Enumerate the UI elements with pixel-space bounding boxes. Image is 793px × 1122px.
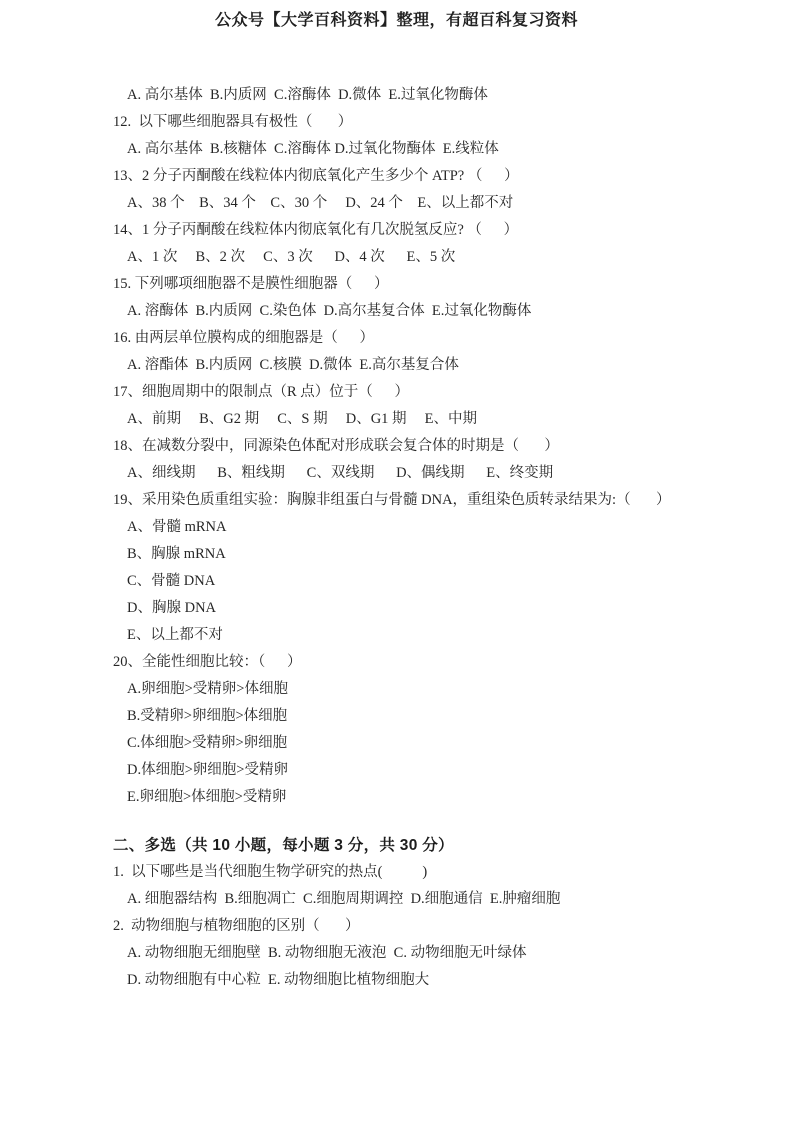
option-line: A、1 次 B、2 次 C、3 次 D、4 次 E、5 次: [113, 244, 753, 271]
document-lines: A. 高尔基体 B.内质网 C.溶酶体 D.微体 E.过氧化物酶体12. 以下哪…: [0, 82, 793, 994]
question-line: 2. 动物细胞与植物细胞的区别（ ）: [113, 913, 753, 940]
option-line: B.受精卵>卵细胞>体细胞: [113, 703, 753, 730]
option-line: A. 细胞器结构 B.细胞凋亡 C.细胞周期调控 D.细胞通信 E.肿瘤细胞: [113, 886, 753, 913]
option-line: B、胸腺 mRNA: [113, 541, 753, 568]
option-line: D.体细胞>卵细胞>受精卵: [113, 757, 753, 784]
question-line: 1. 以下哪些是当代细胞生物学研究的热点( ): [113, 859, 753, 886]
option-line: A. 动物细胞无细胞壁 B. 动物细胞无液泡 C. 动物细胞无叶绿体: [113, 940, 753, 967]
question-line: 19、采用染色质重组实验：胸腺非组蛋白与骨髓 DNA，重组染色质转录结果为:（ …: [113, 487, 753, 514]
question-line: 17、细胞周期中的限制点（R 点）位于（ ）: [113, 379, 753, 406]
option-line: A. 溶酶体 B.内质网 C.染色体 D.高尔基复合体 E.过氧化物酶体: [113, 298, 753, 325]
question-line: 12. 以下哪些细胞器具有极性（ ）: [113, 109, 753, 136]
option-line: E.卵细胞>体细胞>受精卵: [113, 784, 753, 811]
question-line: 18、在减数分裂中，同源染色体配对形成联会复合体的时期是（ ）: [113, 433, 753, 460]
question-line: 14、1 分子丙酮酸在线粒体内彻底氧化有几次脱氢反应? （ ）: [113, 217, 753, 244]
question-line: 20、全能性细胞比较：（ ）: [113, 649, 753, 676]
option-line: A、38 个 B、34 个 C、30 个 D、24 个 E、以上都不对: [113, 190, 753, 217]
option-line: A. 高尔基体 B.核糖体 C.溶酶体 D.过氧化物酶体 E.线粒体: [113, 136, 753, 163]
option-line: A. 高尔基体 B.内质网 C.溶酶体 D.微体 E.过氧化物酶体: [113, 82, 753, 109]
option-line: A. 溶酯体 B.内质网 C.核膜 D.微体 E.高尔基复合体: [113, 352, 753, 379]
section-heading: 二、多选（共 10 小题，每小题 3 分，共 30 分）: [113, 832, 753, 859]
option-line: D. 动物细胞有中心粒 E. 动物细胞比植物细胞大: [113, 967, 753, 994]
page-header: 公众号【大学百科资料】整理，有超百科复习资料: [0, 0, 793, 32]
option-line: C、骨髓 DNA: [113, 568, 753, 595]
question-line: 15. 下列哪项细胞器不是膜性细胞器（ ）: [113, 271, 753, 298]
option-line: A、骨髓 mRNA: [113, 514, 753, 541]
option-line: E、以上都不对: [113, 622, 753, 649]
question-line: 13、2 分子丙酮酸在线粒体内彻底氧化产生多少个 ATP? （ ）: [113, 163, 753, 190]
option-line: D、胸腺 DNA: [113, 595, 753, 622]
option-line: A、细线期 B、粗线期 C、双线期 D、偶线期 E、终变期: [113, 460, 753, 487]
question-line: 16. 由两层单位膜构成的细胞器是（ ）: [113, 325, 753, 352]
option-line: A、前期 B、G2 期 C、S 期 D、G1 期 E、中期: [113, 406, 753, 433]
exam-document-page: 公众号【大学百科资料】整理，有超百科复习资料 A. 高尔基体 B.内质网 C.溶…: [0, 0, 793, 1122]
option-line: C.体细胞>受精卵>卵细胞: [113, 730, 753, 757]
option-line: A.卵细胞>受精卵>体细胞: [113, 676, 753, 703]
